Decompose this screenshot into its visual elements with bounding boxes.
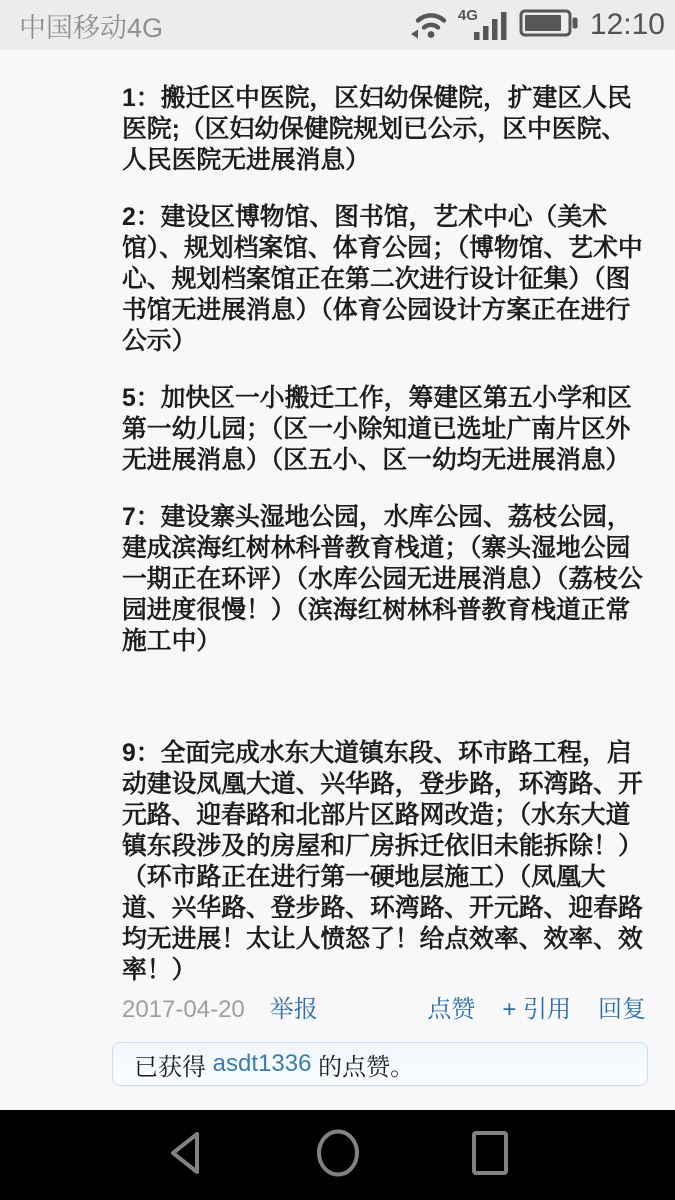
like-notice-prefix: 已获得	[134, 1047, 213, 1082]
clock-label: 12:10	[590, 8, 665, 42]
wifi-icon	[409, 6, 449, 45]
like-notice-box: 已获得 asdt1336 的点赞。	[112, 1042, 648, 1086]
recents-icon	[470, 1129, 510, 1182]
back-button[interactable]	[163, 1131, 209, 1179]
like-link[interactable]: 点赞	[427, 995, 475, 1025]
reply-link[interactable]: 回复	[598, 995, 646, 1025]
post-paragraph-1: 1：搬迁区中医院，区妇幼保健院，扩建区人民医院;（区妇幼保健院规划已公示，区中医…	[122, 83, 646, 176]
post-meta-row: 2017-04-20 举报 点赞 + 引用 回复	[122, 995, 646, 1025]
like-notice-suffix: 的点赞。	[311, 1047, 414, 1082]
battery-icon	[519, 7, 579, 44]
post-actions: 点赞 + 引用 回复	[427, 995, 646, 1025]
post-paragraph-2: 2：建设区博物馆、图书馆，艺术中心（美术馆）、规划档案馆、体育公园；（博物馆、艺…	[122, 202, 646, 357]
post-paragraph-7: 7：建设寨头湿地公园，水库公园、荔枝公园，建成滨海红树林科普教育栈道；（寨头湿地…	[122, 502, 646, 657]
post-date: 2017-04-20	[122, 995, 245, 1025]
carrier-label: 中国移动4G	[19, 6, 163, 45]
home-button[interactable]	[315, 1131, 361, 1179]
back-icon	[166, 1129, 206, 1182]
home-icon	[315, 1129, 361, 1182]
report-link[interactable]: 举报	[270, 995, 318, 1025]
liker-username-link[interactable]: asdt1336	[213, 1050, 312, 1078]
post-content: 1：搬迁区中医院，区妇幼保健院，扩建区人民医院;（区妇幼保健院规划已公示，区中医…	[0, 50, 675, 1110]
quote-link[interactable]: + 引用	[502, 995, 571, 1025]
post-paragraph-9: 9：全面完成水东大道镇东段、环市路工程，启动建设凤凰大道、兴华路，登步路，环湾路…	[122, 738, 646, 986]
recents-button[interactable]	[467, 1131, 513, 1179]
signal-bars-icon: 4G	[458, 7, 510, 43]
post-paragraph-5: 5：加快区一小搬迁工作，筹建区第五小学和区第一幼儿园；（区一小除知道已选址广南片…	[122, 383, 646, 476]
android-nav-bar	[0, 1110, 675, 1200]
status-icons: 4G 12:10	[409, 6, 665, 45]
status-bar: 中国移动4G 4G 12:10	[0, 0, 675, 50]
